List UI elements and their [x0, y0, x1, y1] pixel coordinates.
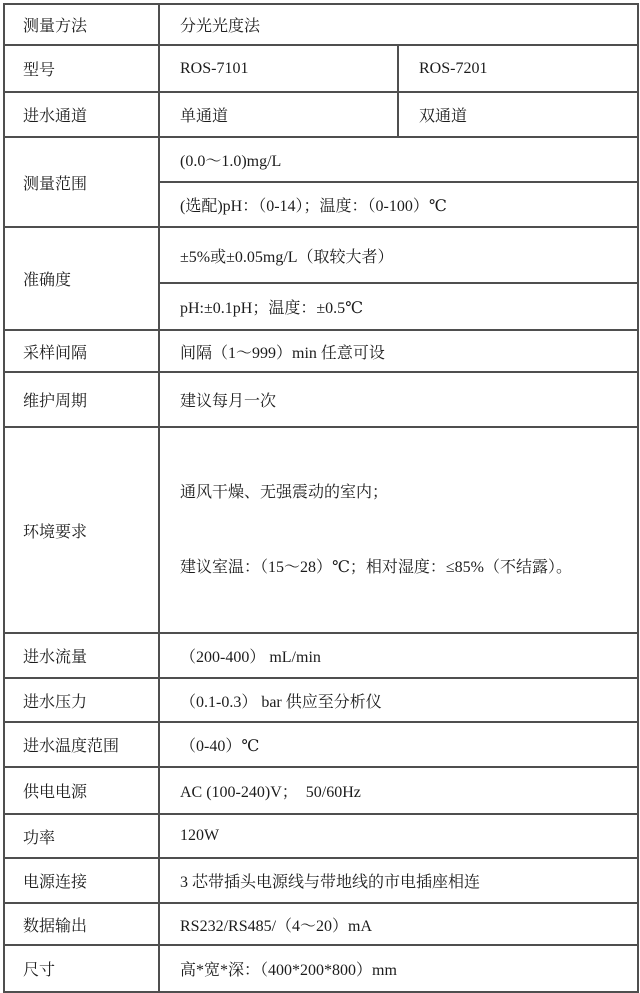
spec-value-maintenance-cycle: 建议每月一次 [159, 372, 638, 427]
spec-label-power-supply: 供电电源 [4, 767, 159, 814]
spec-row-accuracy: 准确度 ±5%或±0.05mg/L（取较大者） [4, 227, 638, 283]
spec-value-inlet-flow: （200-400） mL/min [159, 633, 638, 678]
spec-value-method: 分光光度法 [159, 4, 638, 45]
spec-value-model-left: ROS-7101 [159, 45, 398, 92]
spec-label-model: 型号 [4, 45, 159, 92]
spec-value-accuracy-line2: pH:±0.1pH；温度：±0.5℃ [159, 283, 638, 330]
spec-label-inlet-flow: 进水流量 [4, 633, 159, 678]
spec-value-environment-line2: 建议室温：（15～28）℃；相对湿度：≤85%（不结露）。 [180, 555, 636, 580]
spec-label-range: 测量范围 [4, 137, 159, 227]
spec-value-range-line1: (0.0～1.0)mg/L [159, 137, 638, 182]
spec-label-data-output: 数据输出 [4, 903, 159, 945]
spec-label-method: 测量方法 [4, 4, 159, 45]
spec-value-inlet-temp-range: （0-40）℃ [159, 722, 638, 767]
spec-label-dimensions: 尺寸 [4, 945, 159, 992]
spec-row-environment: 环境要求 通风干燥、无强震动的室内； 建议室温：（15～28）℃；相对湿度：≤8… [4, 427, 638, 633]
spec-value-sampling-interval: 间隔（1～999）min 任意可设 [159, 330, 638, 372]
spec-row-range: 测量范围 (0.0～1.0)mg/L [4, 137, 638, 182]
spec-value-power: 120W [159, 814, 638, 858]
spec-row-model: 型号 ROS-7101 ROS-7201 [4, 45, 638, 92]
spec-value-data-output: RS232/RS485/（4～20）mA [159, 903, 638, 945]
spec-value-inlet-channel-right: 双通道 [398, 92, 638, 137]
spec-row-sampling-interval: 采样间隔 间隔（1～999）min 任意可设 [4, 330, 638, 372]
spec-label-accuracy: 准确度 [4, 227, 159, 330]
spec-row-inlet-flow: 进水流量 （200-400） mL/min [4, 633, 638, 678]
spec-label-environment: 环境要求 [4, 427, 159, 633]
spec-label-sampling-interval: 采样间隔 [4, 330, 159, 372]
spec-value-inlet-channel-left: 单通道 [159, 92, 398, 137]
spec-value-accuracy-line1: ±5%或±0.05mg/L（取较大者） [159, 227, 638, 283]
spec-row-power-supply: 供电电源 AC (100-240)V； 50/60Hz [4, 767, 638, 814]
spec-row-power-connection: 电源连接 3 芯带插头电源线与带地线的市电插座相连 [4, 858, 638, 903]
spec-value-dimensions: 高*宽*深：（400*200*800）mm [159, 945, 638, 992]
spec-value-power-supply: AC (100-240)V； 50/60Hz [159, 767, 638, 814]
spec-row-inlet-pressure: 进水压力 （0.1-0.3） bar 供应至分析仪 [4, 678, 638, 722]
spec-label-power: 功率 [4, 814, 159, 858]
spec-row-power: 功率 120W [4, 814, 638, 858]
spec-row-inlet-temp-range: 进水温度范围 （0-40）℃ [4, 722, 638, 767]
spec-value-power-connection: 3 芯带插头电源线与带地线的市电插座相连 [159, 858, 638, 903]
spec-label-power-connection: 电源连接 [4, 858, 159, 903]
spec-label-inlet-temp-range: 进水温度范围 [4, 722, 159, 767]
spec-value-range-line2: (选配)pH：（0-14）；温度：（0-100）℃ [159, 182, 638, 227]
spec-value-model-right: ROS-7201 [398, 45, 638, 92]
spec-label-inlet-pressure: 进水压力 [4, 678, 159, 722]
spec-row-dimensions: 尺寸 高*宽*深：（400*200*800）mm [4, 945, 638, 992]
spec-label-maintenance-cycle: 维护周期 [4, 372, 159, 427]
spec-row-maintenance-cycle: 维护周期 建议每月一次 [4, 372, 638, 427]
spec-row-inlet-channel: 进水通道 单通道 双通道 [4, 92, 638, 137]
spec-value-inlet-pressure: （0.1-0.3） bar 供应至分析仪 [159, 678, 638, 722]
spec-value-environment-line1: 通风干燥、无强震动的室内； [180, 480, 636, 505]
spec-row-data-output: 数据输出 RS232/RS485/（4～20）mA [4, 903, 638, 945]
spec-value-environment: 通风干燥、无强震动的室内； 建议室温：（15～28）℃；相对湿度：≤85%（不结… [159, 427, 638, 633]
spec-row-method: 测量方法 分光光度法 [4, 4, 638, 45]
spec-label-inlet-channel: 进水通道 [4, 92, 159, 137]
